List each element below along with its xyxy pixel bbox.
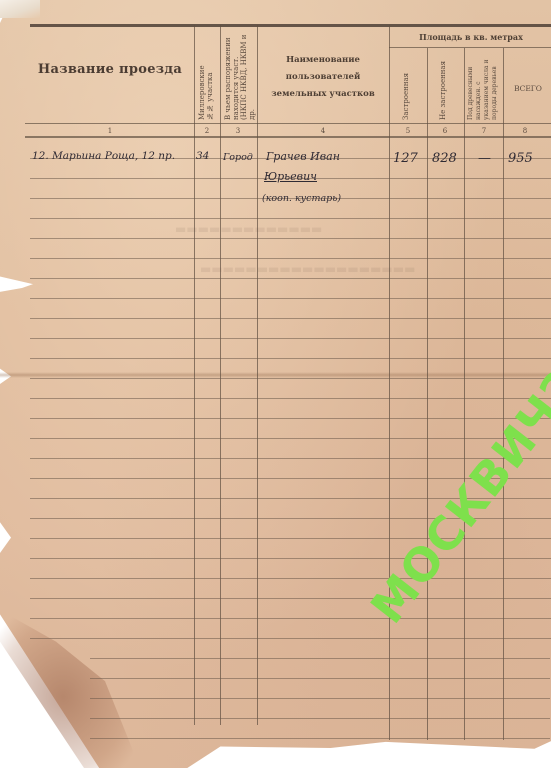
- col-divider-3: [257, 25, 258, 725]
- ruled-line: [30, 418, 551, 419]
- ruled-line: [30, 378, 551, 379]
- col-divider-4: [389, 25, 390, 740]
- column-number-5: 5: [398, 127, 418, 135]
- ruled-line: [90, 738, 550, 739]
- ruled-line: [30, 218, 551, 219]
- torn-corner: [0, 0, 40, 18]
- cell-built-area: 127: [393, 151, 418, 166]
- ruled-line: [30, 398, 551, 399]
- ruled-line: [30, 598, 551, 599]
- col-divider-7: [503, 48, 504, 740]
- ruled-line: [30, 318, 551, 319]
- col-divider-1: [194, 25, 195, 725]
- ruled-line: [30, 358, 551, 359]
- col-divider-2: [220, 25, 221, 725]
- ruled-line: [30, 438, 551, 439]
- header-lot-number: Миллеровские №№ участка: [198, 66, 216, 120]
- ruled-line: [30, 258, 551, 259]
- header-land-users: Наименование пользователей земельных уча…: [262, 52, 384, 103]
- ruled-line: [30, 238, 551, 239]
- cell-total-area: 955: [508, 151, 533, 166]
- header-total: ВСЕГО: [505, 84, 551, 93]
- cell-owner-org: Город: [223, 152, 253, 163]
- ruled-line: [30, 298, 551, 299]
- ruled-line: [30, 638, 551, 639]
- header-bottom-rule: [25, 123, 551, 124]
- cell-lot: 34: [196, 150, 209, 162]
- header-tree-area: Под древесными насажден. с указанием чис…: [467, 52, 501, 120]
- ruled-line: [30, 578, 551, 579]
- column-number-rule: [25, 136, 551, 138]
- cell-street: 12. Марьина Роща, 12 пр.: [32, 150, 175, 162]
- cell-user-note: (кооп. кустарь): [262, 193, 341, 204]
- column-number-4: 4: [313, 127, 333, 135]
- header-unbuilt-area: Не застроенная: [439, 60, 453, 120]
- column-number-2: 2: [197, 127, 217, 135]
- faint-offset-print: ▬▬▬▬▬▬▬▬▬▬▬▬▬: [175, 222, 322, 236]
- cell-user-name: Грачев Иван: [266, 150, 340, 163]
- ruled-line: [30, 558, 551, 559]
- column-number-3: 3: [228, 127, 248, 135]
- header-area-group: Площадь в кв. метрах: [392, 32, 550, 42]
- column-number-1: 1: [100, 127, 120, 135]
- col-divider-6: [464, 48, 465, 740]
- ruled-line: [90, 678, 550, 679]
- ruled-line: [30, 278, 551, 279]
- header-street-name: Название проезда: [30, 62, 190, 77]
- cell-tree-area: —: [478, 151, 491, 166]
- header-built-area: Застроенная: [402, 70, 416, 120]
- ruled-line: [90, 718, 550, 719]
- area-group-divider: [389, 47, 551, 48]
- ruled-line: [90, 698, 550, 699]
- col-divider-5: [427, 48, 428, 740]
- header-owner-org: В чьем распоряжении находится участ. (НК…: [224, 30, 254, 120]
- ruled-line: [30, 618, 551, 619]
- cell-unbuilt-area: 828: [432, 151, 457, 166]
- ruled-line: [90, 658, 550, 659]
- column-number-8: 8: [515, 127, 535, 135]
- cell-user-patronymic: Юрьевич: [264, 170, 317, 183]
- column-number-7: 7: [474, 127, 494, 135]
- ruled-line: [30, 338, 551, 339]
- table-top-rule: [30, 24, 551, 27]
- faint-offset-print: ▬▬▬▬▬▬▬▬▬▬▬▬▬▬▬▬▬▬▬: [200, 262, 415, 276]
- column-number-6: 6: [435, 127, 455, 135]
